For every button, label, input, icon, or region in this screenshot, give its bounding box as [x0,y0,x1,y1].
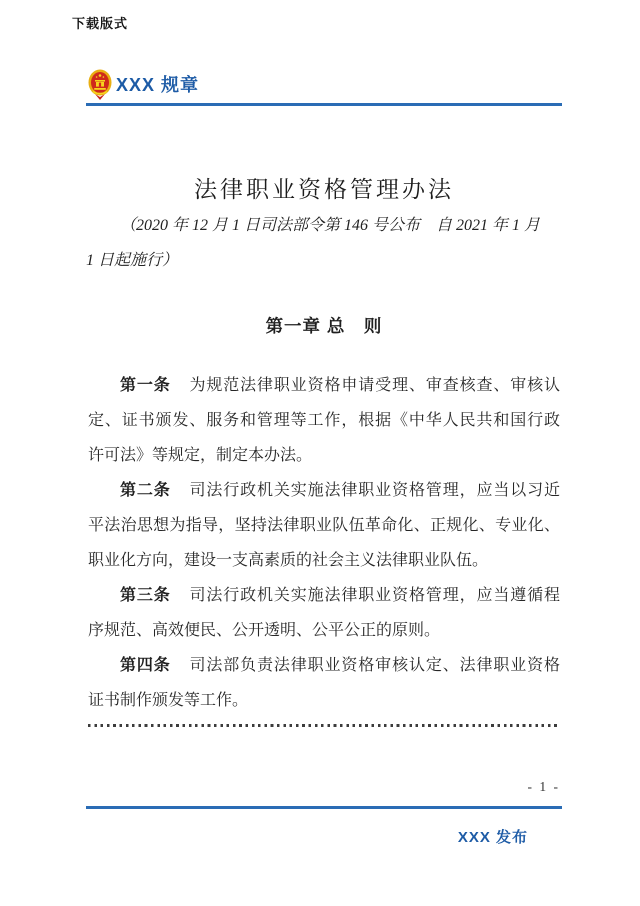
article-line: 第一条为规范法律职业资格申请受理、审查核查、审核认 [88,368,560,403]
article-body: 第一条为规范法律职业资格申请受理、审查核查、审核认 定、证书颁发、服务和管理等工… [88,368,560,718]
page-number: - 1 - [528,779,561,795]
footer-rule [86,806,562,809]
article-label: 第二条 [120,482,171,499]
article-line: 第三条司法行政机关实施法律职业资格管理，应当遵循程 [88,578,560,613]
header-rule [86,103,562,106]
article-text: 司法行政机关实施法律职业资格管理，应当遵循程 [189,587,560,604]
document-title: 法律职业资格管理办法 [86,171,562,204]
article-line: 第二条司法行政机关实施法律职业资格管理，应当以习近 [88,473,560,508]
article-line: 职业化方向，建设一支高素质的社会主义法律职业队伍。 [88,543,560,578]
article-label: 第一条 [120,377,171,394]
footer-publisher-label: XXX 发布 [458,826,528,847]
article-text: 司法行政机关实施法律职业资格管理，应当以习近 [189,482,560,499]
article-label: 第三条 [120,587,171,604]
promulgation-line: 1 日起施行） [86,243,560,278]
chapter-heading: 第一章 总 则 [86,313,562,338]
article-line: 第四条司法部负责法律职业资格审核认定、法律职业资格 [88,648,560,683]
document-page: 下载版式 XXX 规章 法律职业资格管理办法 （2020 年 12 月 1 日司… [0,0,640,906]
article-line: 定、证书颁发、服务和管理等工作，根据《中华人民共和国行政 [88,403,560,438]
article-line: 平法治思想为指导，坚持法律职业队伍革命化、正规化、专业化、 [88,508,560,543]
download-format-link[interactable]: 下载版式 [72,13,128,32]
article-line: 序规范、高效便民、公开透明、公平公正的原则。 [88,613,560,648]
promulgation-note: （2020 年 12 月 1 日司法部令第 146 号公布 自 2021 年 1… [86,208,560,278]
dotted-separator [88,724,560,727]
article-text: 为规范法律职业资格申请受理、审查核查、审核认 [189,377,560,394]
article-line: 证书制作颁发等工作。 [88,683,560,718]
article-line: 许可法》等规定，制定本办法。 [88,438,560,473]
national-emblem-icon [88,69,112,100]
header-org-label: XXX 规章 [116,71,199,99]
article-label: 第四条 [120,657,171,674]
article-text: 司法部负责法律职业资格审核认定、法律职业资格 [189,657,560,674]
promulgation-line: （2020 年 12 月 1 日司法部令第 146 号公布 自 2021 年 1… [86,208,560,243]
